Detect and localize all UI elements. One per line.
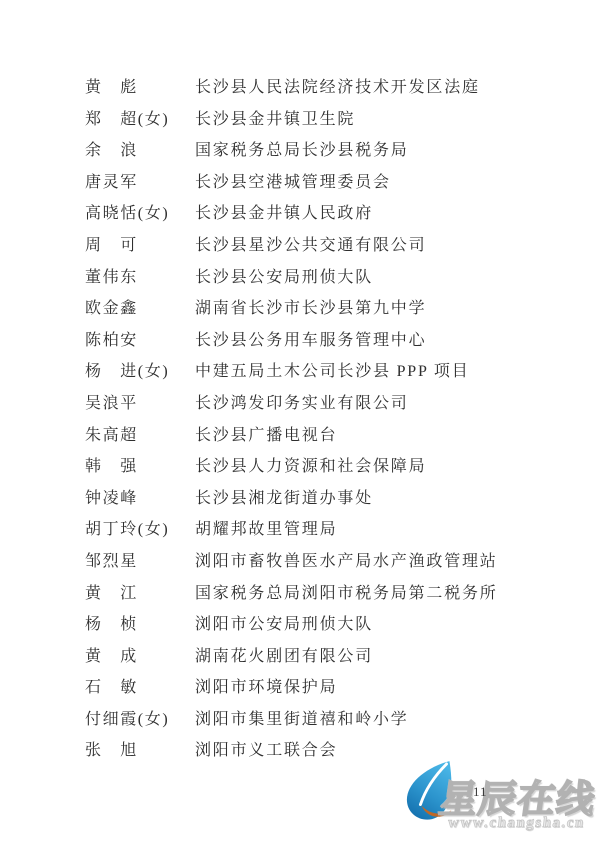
name-list: 黄 彪 长沙县人民法院经济技术开发区法庭 郑 超(女) 长沙县金井镇卫生院 余 … xyxy=(85,72,600,767)
organization: 长沙鸿发印务实业有限公司 xyxy=(195,388,409,420)
list-item: 黄 彪 长沙县人民法院经济技术开发区法庭 xyxy=(85,72,600,104)
person-name: 唐灵军 xyxy=(85,167,195,199)
organization: 湖南花火剧团有限公司 xyxy=(195,641,373,673)
list-item: 杨 桢 浏阳市公安局刑侦大队 xyxy=(85,609,600,641)
person-name: 黄 江 xyxy=(85,578,195,610)
organization: 浏阳市公安局刑侦大队 xyxy=(195,609,373,641)
person-name: 石 敏 xyxy=(85,672,195,704)
list-item: 唐灵军 长沙县空港城管理委员会 xyxy=(85,167,600,199)
watermark-url: www.changsha.cn xyxy=(447,815,585,832)
organization: 湖南省长沙市长沙县第九中学 xyxy=(195,293,426,325)
person-name: 胡丁玲(女) xyxy=(85,514,195,546)
list-item: 郑 超(女) 长沙县金井镇卫生院 xyxy=(85,104,600,136)
organization: 浏阳市集里街道禧和岭小学 xyxy=(195,704,409,736)
organization: 长沙县公安局刑侦大队 xyxy=(195,262,373,294)
list-item: 高晓恬(女) 长沙县金井镇人民政府 xyxy=(85,198,600,230)
list-item: 周 可 长沙县星沙公共交通有限公司 xyxy=(85,230,600,262)
person-name: 朱高超 xyxy=(85,420,195,452)
list-item: 余 浪 国家税务总局长沙县税务局 xyxy=(85,135,600,167)
person-name: 黄 彪 xyxy=(85,72,195,104)
person-name: 周 可 xyxy=(85,230,195,262)
list-item: 欧金鑫 湖南省长沙市长沙县第九中学 xyxy=(85,293,600,325)
list-item: 黄 成 湖南花火剧团有限公司 xyxy=(85,641,600,673)
organization: 长沙县湘龙街道办事处 xyxy=(195,483,373,515)
document-page: 黄 彪 长沙县人民法院经济技术开发区法庭 郑 超(女) 长沙县金井镇卫生院 余 … xyxy=(0,0,600,848)
organization: 长沙县金井镇卫生院 xyxy=(195,104,355,136)
person-name: 付细霞(女) xyxy=(85,704,195,736)
organization: 长沙县空港城管理委员会 xyxy=(195,167,391,199)
person-name: 吴浪平 xyxy=(85,388,195,420)
organization: 长沙县广播电视台 xyxy=(195,420,337,452)
organization: 胡耀邦故里管理局 xyxy=(195,514,337,546)
organization: 长沙县公务用车服务管理中心 xyxy=(195,325,426,357)
list-item: 陈柏安 长沙县公务用车服务管理中心 xyxy=(85,325,600,357)
list-item: 石 敏 浏阳市环境保护局 xyxy=(85,672,600,704)
organization: 国家税务总局长沙县税务局 xyxy=(195,135,409,167)
organization: 浏阳市环境保护局 xyxy=(195,672,337,704)
list-item: 钟凌峰 长沙县湘龙街道办事处 xyxy=(85,483,600,515)
list-item: 吴浪平 长沙鸿发印务实业有限公司 xyxy=(85,388,600,420)
person-name: 陈柏安 xyxy=(85,325,195,357)
watermark: 星辰在线 www.changsha.cn xyxy=(404,758,594,846)
list-item: 黄 江 国家税务总局浏阳市税务局第二税务所 xyxy=(85,578,600,610)
person-name: 张 旭 xyxy=(85,735,195,767)
person-name: 董伟东 xyxy=(85,262,195,294)
person-name: 邹烈星 xyxy=(85,546,195,578)
organization: 长沙县人民法院经济技术开发区法庭 xyxy=(195,72,480,104)
organization: 中建五局土木公司长沙县 PPP 项目 xyxy=(195,356,470,388)
organization: 浏阳市畜牧兽医水产局水产渔政管理站 xyxy=(195,546,498,578)
list-item: 付细霞(女) 浏阳市集里街道禧和岭小学 xyxy=(85,704,600,736)
organization: 长沙县人力资源和社会保障局 xyxy=(195,451,426,483)
list-item: 邹烈星 浏阳市畜牧兽医水产局水产渔政管理站 xyxy=(85,546,600,578)
person-name: 欧金鑫 xyxy=(85,293,195,325)
list-item: 韩 强 长沙县人力资源和社会保障局 xyxy=(85,451,600,483)
list-item: 胡丁玲(女) 胡耀邦故里管理局 xyxy=(85,514,600,546)
person-name: 黄 成 xyxy=(85,641,195,673)
list-item: 杨 进(女) 中建五局土木公司长沙县 PPP 项目 xyxy=(85,356,600,388)
person-name: 杨 桢 xyxy=(85,609,195,641)
person-name: 钟凌峰 xyxy=(85,483,195,515)
list-item: 董伟东 长沙县公安局刑侦大队 xyxy=(85,262,600,294)
person-name: 韩 强 xyxy=(85,451,195,483)
person-name: 高晓恬(女) xyxy=(85,198,195,230)
organization: 长沙县金井镇人民政府 xyxy=(195,198,373,230)
person-name: 郑 超(女) xyxy=(85,104,195,136)
organization: 浏阳市义工联合会 xyxy=(195,735,337,767)
organization: 国家税务总局浏阳市税务局第二税务所 xyxy=(195,578,498,610)
person-name: 杨 进(女) xyxy=(85,356,195,388)
page-number: 11 xyxy=(473,784,488,800)
list-item: 朱高超 长沙县广播电视台 xyxy=(85,420,600,452)
organization: 长沙县星沙公共交通有限公司 xyxy=(195,230,426,262)
person-name: 余 浪 xyxy=(85,135,195,167)
